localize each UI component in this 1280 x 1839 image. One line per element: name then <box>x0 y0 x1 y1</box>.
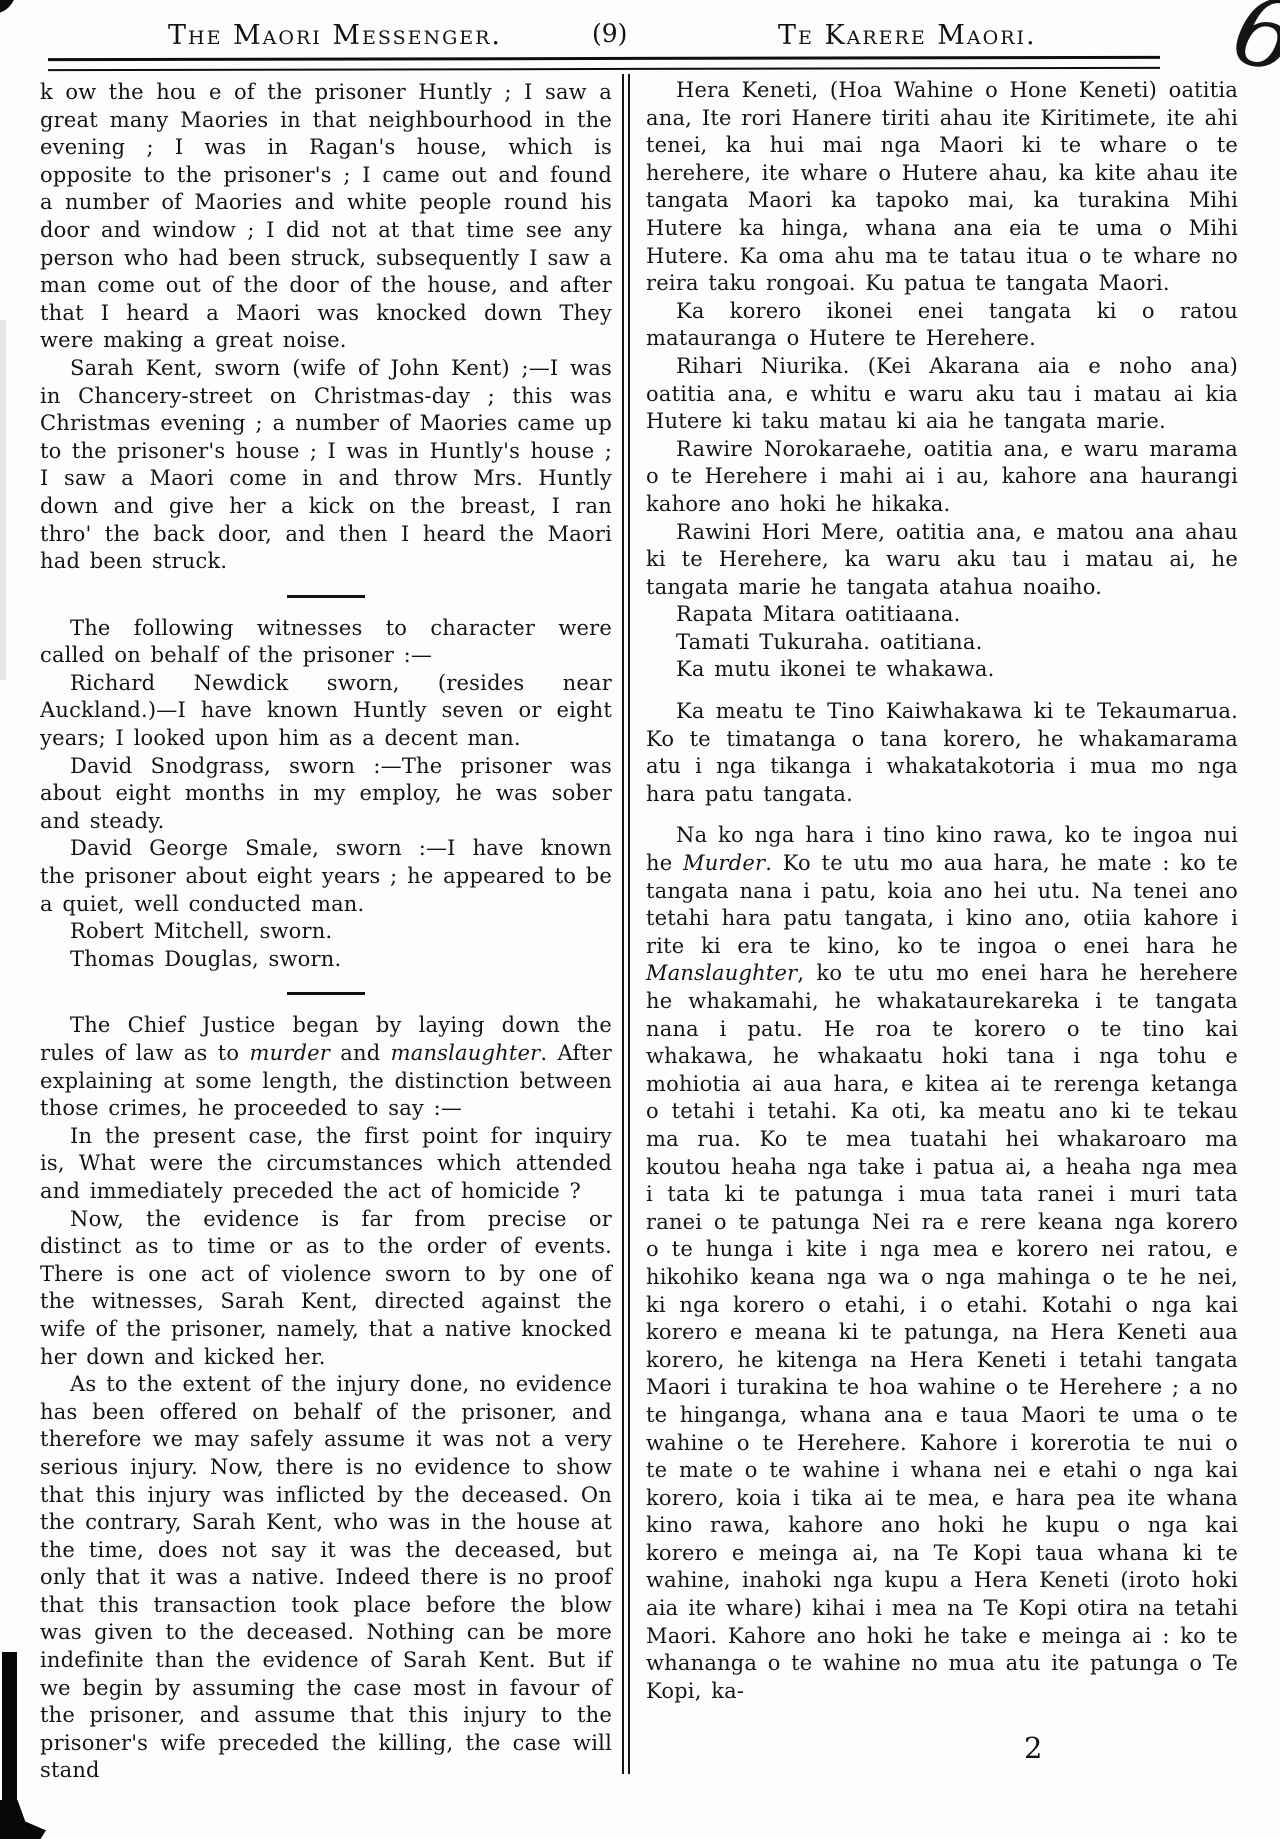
paragraph: Robert Mitchell, sworn. <box>40 918 612 946</box>
page-signature-number: 2 <box>1024 1731 1042 1765</box>
paragraph: Na ko nga hara i tino kino rawa, ko te i… <box>646 822 1238 1705</box>
paragraph: Thomas Douglas, sworn. <box>40 946 612 974</box>
paragraph: In the present case, the first point for… <box>40 1123 612 1206</box>
paragraph: David Snodgrass, sworn :—The prisoner wa… <box>40 753 612 836</box>
section-divider-rule <box>287 992 365 995</box>
paragraph: k ow the hou e of the prisoner Huntly ; … <box>40 79 612 355</box>
paragraph: The following witnesses to character wer… <box>40 615 612 670</box>
paragraph: The Chief Justice began by laying down t… <box>40 1012 612 1122</box>
section-divider-rule <box>287 595 365 598</box>
paragraph: Rapata Mitara oatitiaana. <box>646 601 1238 629</box>
paragraph: Ka mutu ikonei te whakawa. <box>646 656 1238 684</box>
masthead-double-rule <box>48 56 1160 71</box>
paragraph: Hera Keneti, (Hoa Wahine o Hone Keneti) … <box>646 77 1238 298</box>
newspaper-title-english: The Maori Messenger. <box>168 20 502 51</box>
newspaper-title-maori: Te Karere Maori. <box>778 20 1037 51</box>
right-column-maori-text: Hera Keneti, (Hoa Wahine o Hone Keneti) … <box>646 77 1238 1705</box>
paragraph: Ka korero ikonei enei tangata ki o ratou… <box>646 298 1238 353</box>
paragraph: Richard Newdick sworn, (resides near Auc… <box>40 670 612 753</box>
paragraph: David George Smale, sworn :—I have known… <box>40 835 612 918</box>
left-column-english-text: k ow the hou e of the prisoner Huntly ; … <box>40 79 612 1785</box>
paragraph: Rihari Niurika. (Kei Akarana aia e noho … <box>646 353 1238 436</box>
handwritten-annotation: 6 <box>1222 0 1280 96</box>
paragraph: Rawire Norokaraehe, oatitia ana, e waru … <box>646 436 1238 519</box>
ink-blob-foot <box>0 1800 46 1839</box>
paragraph: Ka meatu te Tino Kaiwhakawa ki te Tekaum… <box>646 698 1238 808</box>
paragraph: Sarah Kent, sworn (wife of John Kent) ;—… <box>40 355 612 576</box>
scan-edge-shadow <box>0 320 6 680</box>
page-number: (9) <box>592 19 627 48</box>
paragraph: Tamati Tukuraha. oatitiana. <box>646 629 1238 657</box>
paragraph: Rawini Hori Mere, oatitia ana, e matou a… <box>646 519 1238 602</box>
ink-mark-top-left <box>0 0 16 14</box>
paragraph: As to the extent of the injury done, no … <box>40 1371 612 1785</box>
paragraph: Now, the evidence is far from precise or… <box>40 1206 612 1372</box>
column-divider-rule <box>622 74 630 1774</box>
